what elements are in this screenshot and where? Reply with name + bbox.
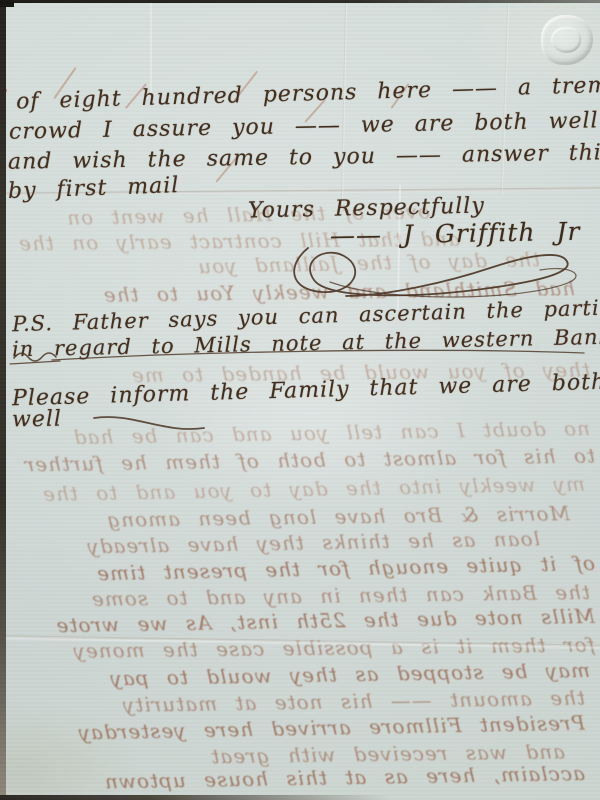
scan-edge-left — [0, 0, 6, 800]
signature: —— J Griffith Jr — [330, 217, 581, 250]
scan-corner-mark — [0, 0, 14, 7]
letter-line: crowd I assure you —— we are both well — [9, 108, 599, 144]
letter-line: and wish the same to you —— answer this — [8, 140, 600, 175]
letter-line: by first mail — [8, 173, 180, 204]
letter-line: of eight hundred persons here —— a treme… — [16, 71, 600, 115]
letter-line: well — [12, 407, 62, 433]
fold-crease-vertical — [150, 0, 152, 95]
embossed-seal — [541, 15, 593, 65]
scan-edge-bottom — [0, 795, 600, 800]
scan-edge-top — [0, 0, 600, 3]
embossed-seal-ridge — [551, 27, 581, 53]
scanned-letter-page: over of the Hall he went on and that Hil… — [0, 0, 600, 800]
